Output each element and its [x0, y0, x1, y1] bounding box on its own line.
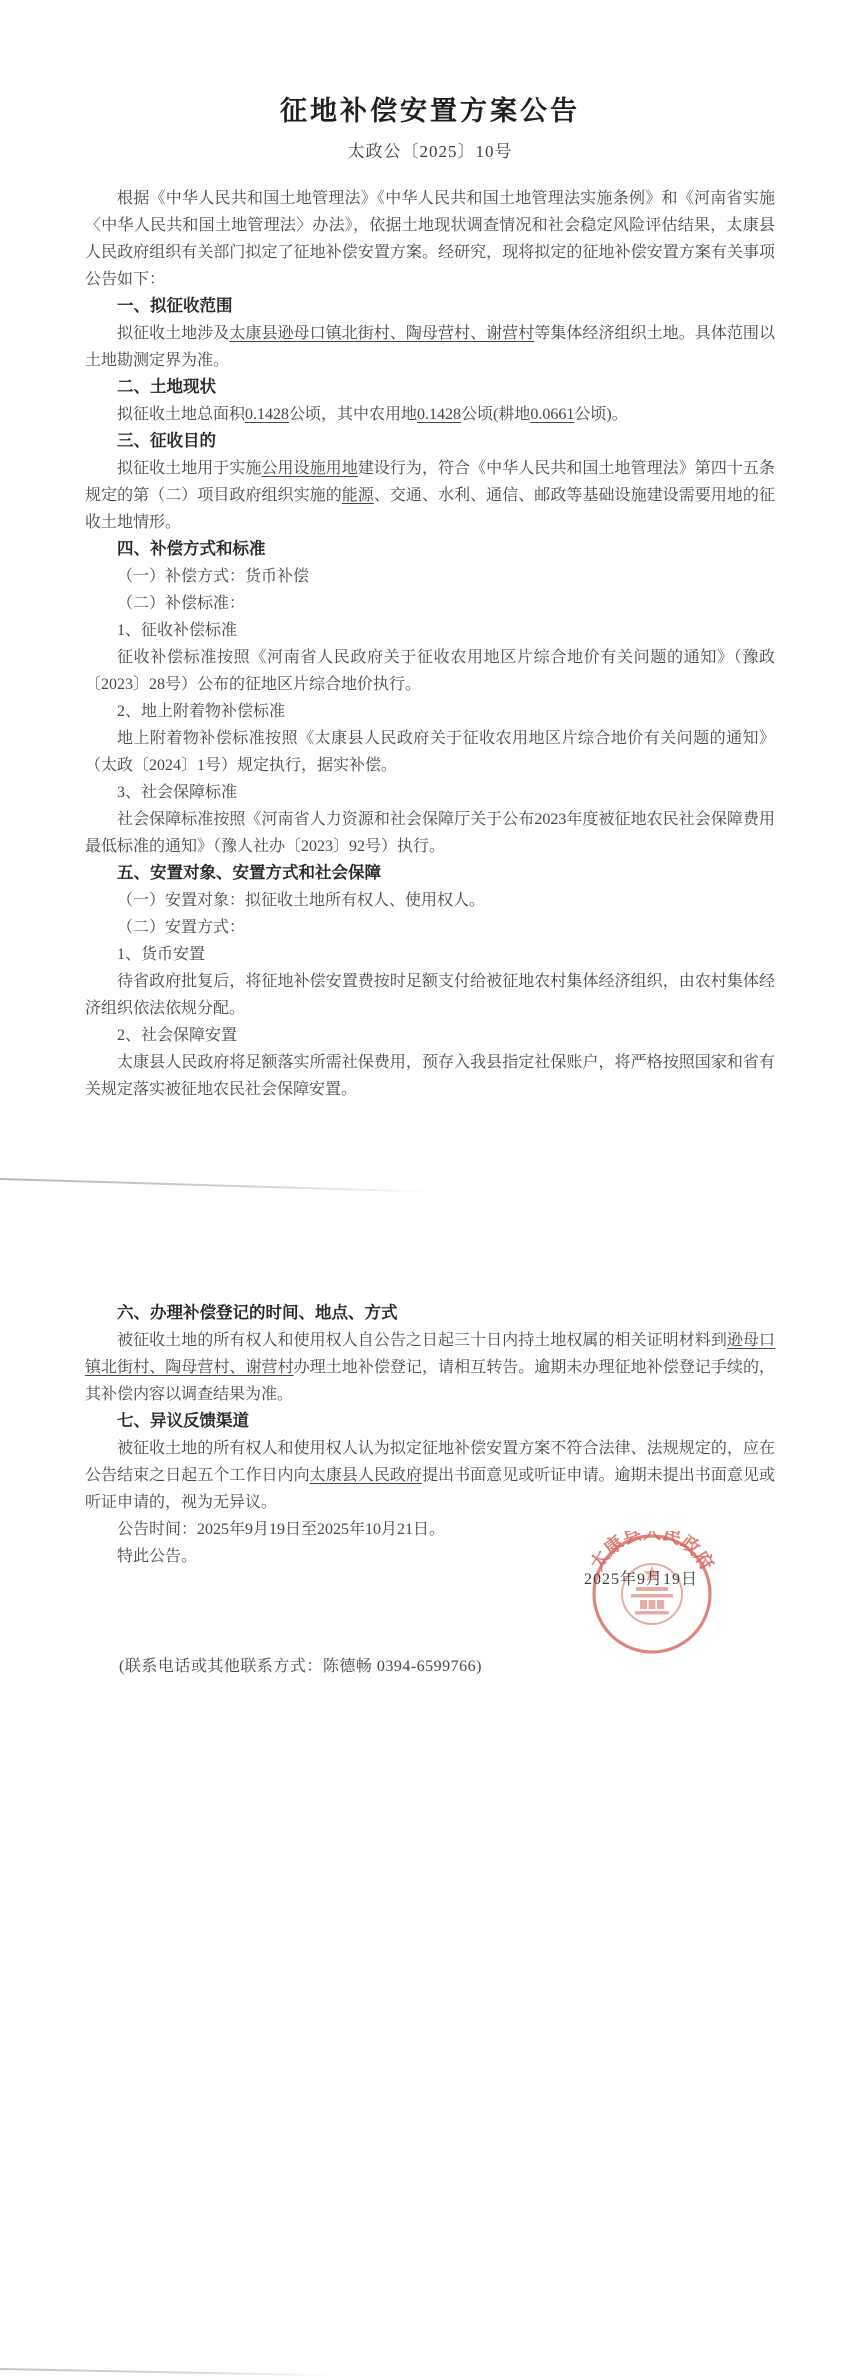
underlined-text: 0.0661 — [530, 406, 574, 423]
text-run: 特此公告。 — [117, 1548, 197, 1565]
text-run: 拟征收土地涉及 — [117, 325, 229, 342]
section-heading: 四、补偿方式和标准 — [85, 536, 775, 563]
doc-paragraph: 社会保障标准按照《河南省人力资源和社会保障厅关于公布2023年度被征地农民社会保… — [85, 806, 775, 860]
section-heading: 七、异议反馈渠道 — [85, 1408, 775, 1435]
doc-paragraph: （二）补偿标准： — [85, 590, 775, 617]
document-title: 征地补偿安置方案公告 — [85, 95, 775, 128]
text-run: 根据《中华人民共和国土地管理法》《中华人民共和国土地管理法实施条例》和《河南省实… — [85, 190, 775, 288]
doc-paragraph: 3、社会保障标准 — [85, 779, 775, 806]
document-content: 征地补偿安置方案公告 太政公〔2025〕10号 根据《中华人民共和国土地管理法》… — [85, 95, 775, 1570]
sign-date: 2025年9月19日 — [584, 1566, 698, 1589]
section-heading: 五、安置对象、安置方式和社会保障 — [85, 860, 775, 887]
doc-paragraph: 拟征收土地总面积0.1428公顷，其中农用地0.1428公顷(耕地0.0661公… — [85, 401, 775, 428]
underlined-text: 太康县逊母口镇北街村、陶母营村、谢营村 — [229, 325, 534, 342]
doc-paragraph: 根据《中华人民共和国土地管理法》《中华人民共和国土地管理法实施条例》和《河南省实… — [85, 185, 775, 293]
document-body: 根据《中华人民共和国土地管理法》《中华人民共和国土地管理法实施条例》和《河南省实… — [85, 185, 775, 1570]
section-heading: 三、征收目的 — [85, 428, 775, 455]
text-run: 公告时间：2025年9月19日至2025年10月21日。 — [117, 1521, 445, 1538]
document-number: 太政公〔2025〕10号 — [85, 140, 775, 164]
doc-paragraph: 1、货币安置 — [85, 941, 775, 968]
text-run: （二）安置方式： — [117, 919, 245, 936]
doc-paragraph: （一）补偿方式：货币补偿 — [85, 563, 775, 590]
text-run: 征收补偿标准按照《河南省人民政府关于征收农用地区片综合地价有关问题的通知》（豫政… — [85, 649, 775, 693]
doc-paragraph: 被征收土地的所有权人和使用权人自公告之日起三十日内持土地权属的相关证明材料到逊母… — [85, 1327, 775, 1408]
section-heading: 六、办理补偿登记的时间、地点、方式 — [85, 1300, 775, 1327]
underlined-text: 能源 — [342, 487, 374, 504]
text-run: 2、地上附着物补偿标准 — [117, 703, 285, 720]
text-run: 一、拟征收范围 — [117, 297, 233, 315]
doc-paragraph: 2、地上附着物补偿标准 — [85, 698, 775, 725]
text-run: （一）安置对象：拟征收土地所有权人、使用权人。 — [117, 892, 485, 909]
text-run: 拟征收土地总面积 — [117, 406, 245, 423]
doc-paragraph: 地上附着物补偿标准按照《太康县人民政府关于征收农用地区片综合地价有关问题的通知》… — [85, 725, 775, 779]
text-run: 公顷(耕地 — [461, 406, 530, 423]
text-run: 太康县人民政府将足额落实所需社保费用，预存入我县指定社保账户，将严格按照国家和省… — [85, 1054, 775, 1098]
doc-paragraph: 被征收土地的所有权人和使用权人认为拟定征地补偿安置方案不符合法律、法规规定的，应… — [85, 1435, 775, 1516]
text-run: 六、办理补偿登记的时间、地点、方式 — [117, 1304, 398, 1322]
text-run: 被征收土地的所有权人和使用权人自公告之日起三十日内持土地权属的相关证明材料到 — [117, 1332, 727, 1349]
text-run: 拟征收土地用于实施 — [117, 460, 261, 477]
text-run: 1、货币安置 — [117, 946, 205, 963]
doc-paragraph: 拟征收土地用于实施公用设施用地建设行为，符合《中华人民共和国土地管理法》第四十五… — [85, 455, 775, 536]
doc-paragraph: 拟征收土地涉及太康县逊母口镇北街村、陶母营村、谢营村等集体经济组织土地。具体范围… — [85, 320, 775, 374]
announcement-page: 征地补偿安置方案公告 太政公〔2025〕10号 根据《中华人民共和国土地管理法》… — [0, 0, 841, 2380]
scan-fold-line-bottom — [0, 2368, 334, 2376]
section-heading: 二、土地现状 — [85, 374, 775, 401]
text-run: 1、征收补偿标准 — [117, 622, 237, 639]
text-run: 三、征收目的 — [117, 432, 216, 450]
text-run: 二、土地现状 — [117, 378, 216, 396]
text-run: 四、补偿方式和标准 — [117, 540, 266, 558]
underlined-text: 0.1428 — [245, 406, 289, 423]
text-run: （一）补偿方式：货币补偿 — [117, 568, 309, 585]
official-seal: 太康县人民政府 — [589, 1531, 715, 1657]
doc-paragraph: （一）安置对象：拟征收土地所有权人、使用权人。 — [85, 887, 775, 914]
doc-paragraph: 2、社会保障安置 — [85, 1022, 775, 1049]
text-run: 公顷)。 — [574, 406, 627, 423]
doc-paragraph: 太康县人民政府将足额落实所需社保费用，预存入我县指定社保账户，将严格按照国家和省… — [85, 1049, 775, 1103]
text-run: 社会保障标准按照《河南省人力资源和社会保障厅关于公布2023年度被征地农民社会保… — [85, 811, 775, 855]
underlined-text: 公用设施用地 — [261, 460, 357, 477]
underlined-text: 太康县人民政府 — [310, 1467, 422, 1484]
text-run: 五、安置对象、安置方式和社会保障 — [117, 864, 381, 882]
text-run: 3、社会保障标准 — [117, 784, 237, 801]
page-gap — [85, 1103, 775, 1300]
contact-info: (联系电话或其他联系方式：陈德畅 0394-6599766) — [119, 1653, 482, 1676]
text-run: 公顷，其中农用地 — [289, 406, 417, 423]
doc-paragraph: 征收补偿标准按照《河南省人民政府关于征收农用地区片综合地价有关问题的通知》（豫政… — [85, 644, 775, 698]
text-run: （二）补偿标准： — [117, 595, 245, 612]
text-run: 地上附着物补偿标准按照《太康县人民政府关于征收农用地区片综合地价有关问题的通知》… — [85, 730, 775, 774]
doc-paragraph: （二）安置方式： — [85, 914, 775, 941]
doc-paragraph: 1、征收补偿标准 — [85, 617, 775, 644]
text-run: 待省政府批复后，将征地补偿安置费按时足额支付给被征地农村集体经济组织，由农村集体… — [85, 973, 775, 1017]
doc-paragraph: 待省政府批复后，将征地补偿安置费按时足额支付给被征地农村集体经济组织，由农村集体… — [85, 968, 775, 1022]
section-heading: 一、拟征收范围 — [85, 293, 775, 320]
underlined-text: 0.1428 — [417, 406, 461, 423]
text-run: 七、异议反馈渠道 — [117, 1412, 249, 1430]
text-run: 2、社会保障安置 — [117, 1027, 237, 1044]
